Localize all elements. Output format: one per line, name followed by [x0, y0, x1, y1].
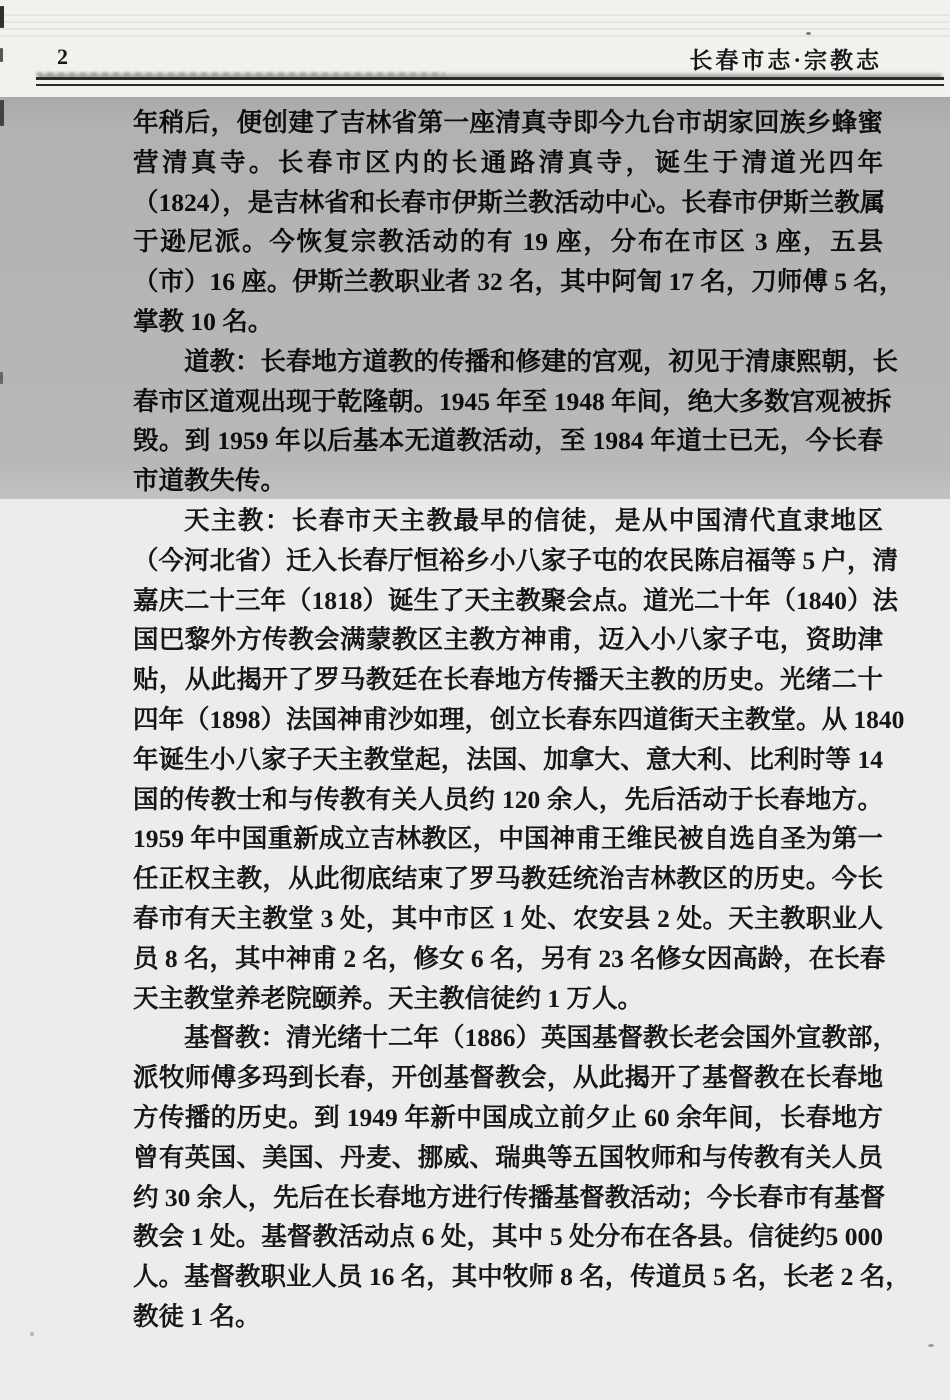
scan-edge-mark: [0, 100, 4, 126]
book-title: 长春市志·宗教志: [689, 42, 882, 75]
body-text-column: 年稍后，便创建了吉林省第一座清真寺即今九台市胡家回族乡蜂蜜 营清真寺。长春市区内…: [133, 103, 883, 1337]
text-line: 教徒 1 名。: [133, 1297, 883, 1337]
text-line: 市道教失传。: [133, 461, 883, 501]
text-line: 教会 1 处。基督教活动点 6 处，其中 5 处分布在各县。信徒约5 000: [133, 1217, 883, 1257]
text-line: 派牧师傅多玛到长春，开创基督教会，从此揭开了基督教在长春地: [133, 1058, 883, 1098]
text-line: 天主教堂养老院颐养。天主教信徒约 1 万人。: [133, 979, 883, 1019]
text-line: 春市有天主教堂 3 处，其中市区 1 处、农安县 2 处。天主教职业人: [133, 899, 883, 939]
paragraph-islam-continued: 年稍后，便创建了吉林省第一座清真寺即今九台市胡家回族乡蜂蜜 营清真寺。长春市区内…: [133, 103, 883, 342]
scan-edge-mark: [0, 6, 4, 28]
text-line: 于逊尼派。今恢复宗教活动的有 19 座，分布在市区 3 座，五县: [133, 222, 883, 262]
text-line: 方传播的历史。到 1949 年新中国成立前夕止 60 余年间，长春地方: [133, 1098, 883, 1138]
text-line: 员 8 名，其中神甫 2 名，修女 6 名，另有 23 名修女因高龄，在长春: [133, 939, 883, 979]
paragraph-taoism: 道教：长春地方道教的传播和修建的宫观，初见于清康熙朝，长 春市区道观出现于乾隆朝…: [133, 342, 883, 501]
text-line: 四年（1898）法国神甫沙如理，创立长春东四道街天主教堂。从 1840: [133, 700, 883, 740]
text-line: 道教：长春地方道教的传播和修建的宫观，初见于清康熙朝，长: [133, 342, 883, 382]
scan-edge-mark: [0, 48, 3, 62]
text-line: 任正权主教，从此彻底结束了罗马教廷统治吉林教区的历史。今长: [133, 859, 883, 899]
text-line: （今河北省）迁入长春厅恒裕乡小八家子屯的农民陈启福等 5 户，清: [133, 541, 883, 581]
paragraph-catholicism: 天主教：长春市天主教最早的信徒，是从中国清代直隶地区 （今河北省）迁入长春厅恒裕…: [133, 501, 883, 1018]
text-line: （市）16 座。伊斯兰教职业者 32 名，其中阿訇 17 名，刀师傅 5 名，: [133, 262, 883, 302]
scan-speck: [30, 1332, 34, 1336]
scan-speck: [806, 32, 811, 35]
text-line: 年稍后，便创建了吉林省第一座清真寺即今九台市胡家回族乡蜂蜜: [133, 103, 883, 143]
text-line: 国的传教士和与传教有关人员约 120 余人，先后活动于长春地方。: [133, 780, 883, 820]
header-rule-divider: [36, 77, 944, 86]
scan-speck: [928, 1344, 934, 1347]
text-line: 春市区道观出现于乾隆朝。1945 年至 1948 年间，绝大多数宫观被拆: [133, 382, 883, 422]
text-line: 年诞生小八家子天主教堂起，法国、加拿大、意大利、比利时等 14: [133, 740, 883, 780]
scan-edge-mark: [0, 372, 3, 384]
text-line: 1959 年中国重新成立吉林教区，中国神甫王维民被自选自圣为第一: [133, 819, 883, 859]
scanned-book-page: 2 长春市志·宗教志 年稍后，便创建了吉林省第一座清真寺即今九台市胡家回族乡蜂蜜…: [0, 0, 950, 1400]
text-line: 贴，从此揭开了罗马教廷在长春地方传播天主教的历史。光绪二十: [133, 660, 883, 700]
text-line: 国巴黎外方传教会满蒙教区主教方神甫，迈入小八家子屯，资助津: [133, 620, 883, 660]
page-number: 2: [57, 44, 69, 70]
scan-noise-streaks: [0, 14, 950, 40]
text-line: 营清真寺。长春市区内的长通路清真寺，诞生于清道光四年: [133, 143, 883, 183]
text-line: 毁。到 1959 年以后基本无道教活动，至 1984 年道士已无，今长春: [133, 421, 883, 461]
text-line: 嘉庆二十三年（1818）诞生了天主教聚会点。道光二十年（1840）法: [133, 581, 883, 621]
text-line: 人。基督教职业人员 16 名，其中牧师 8 名，传道员 5 名，长老 2 名，: [133, 1257, 883, 1297]
text-line: 掌教 10 名。: [133, 302, 883, 342]
text-line: 天主教：长春市天主教最早的信徒，是从中国清代直隶地区: [133, 501, 883, 541]
paragraph-christianity: 基督教：清光绪十二年（1886）英国基督教长老会国外宣教部， 派牧师傅多玛到长春…: [133, 1018, 883, 1336]
text-line: 曾有英国、美国、丹麦、挪威、瑞典等五国牧师和与传教有关人员: [133, 1138, 883, 1178]
text-line: （1824），是吉林省和长春市伊斯兰教活动中心。长春市伊斯兰教属: [133, 183, 883, 223]
text-line: 约 30 余人，先后在长春地方进行传播基督教活动；今长春市有基督: [133, 1178, 883, 1218]
text-line: 基督教：清光绪十二年（1886）英国基督教长老会国外宣教部，: [133, 1018, 883, 1058]
